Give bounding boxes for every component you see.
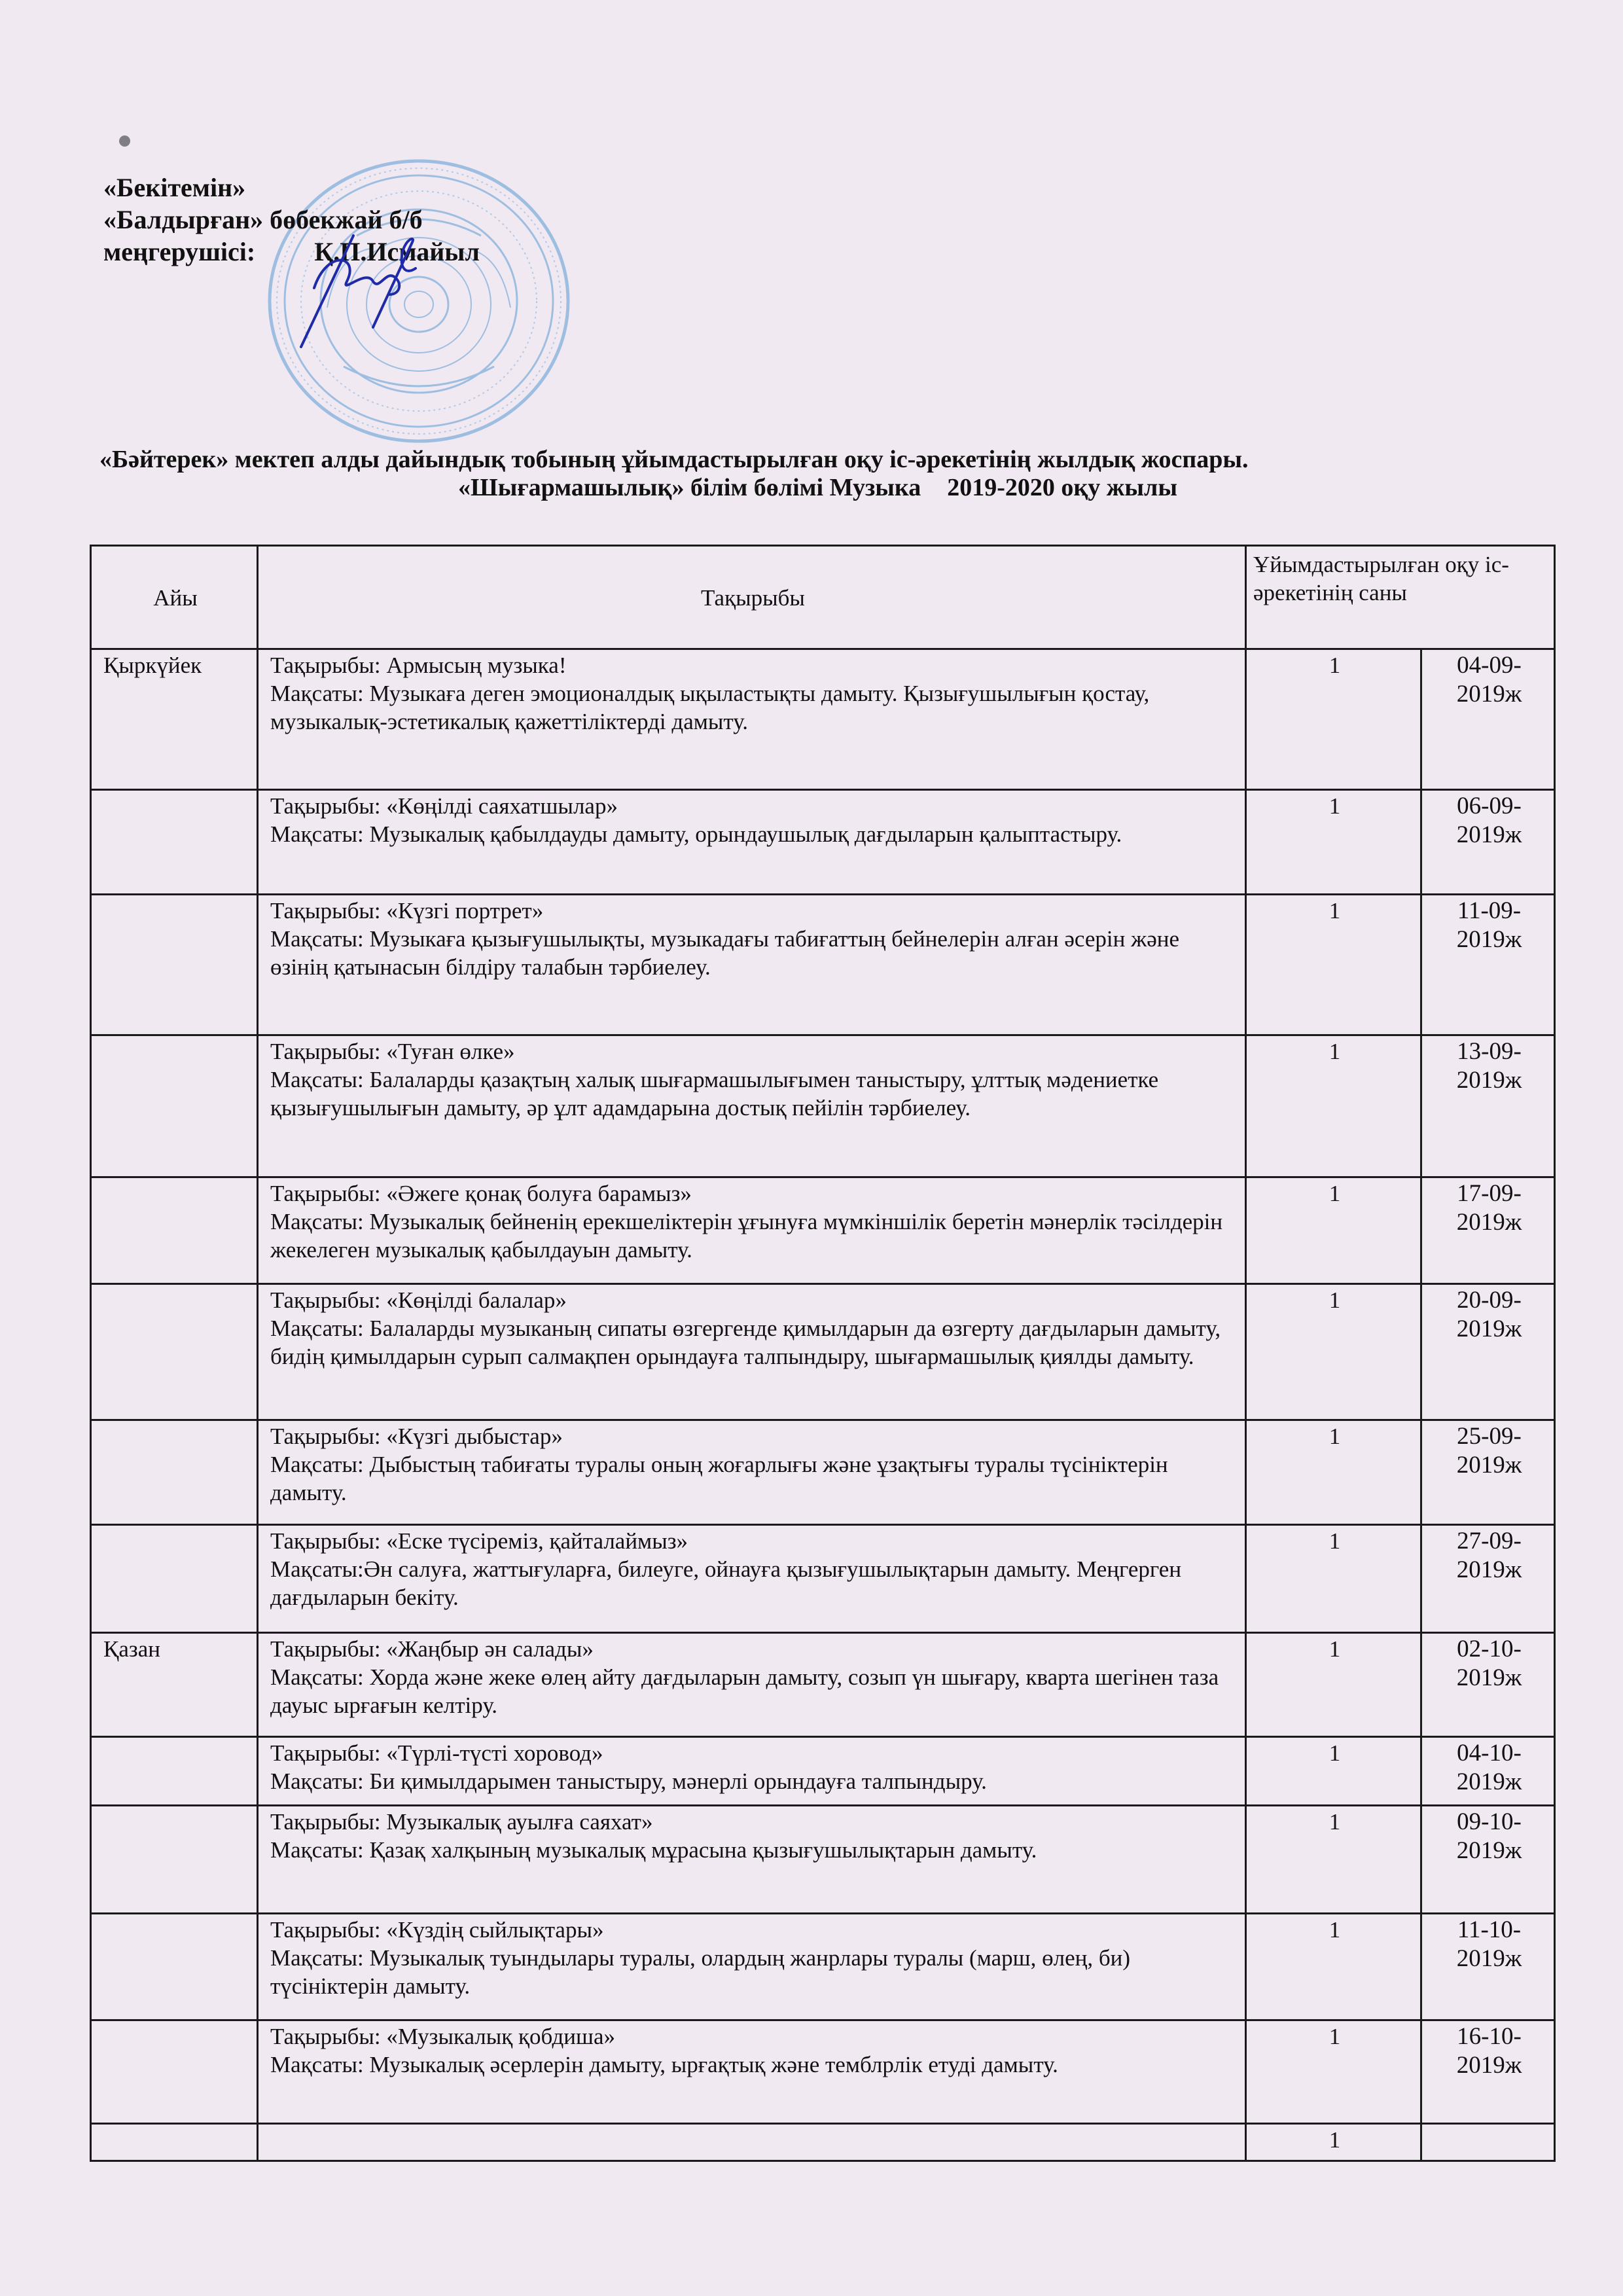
lesson-topic: Тақырыбы: «Еске түсіреміз, қайталаймыз» <box>270 1527 1236 1555</box>
lesson-topic: Тақырыбы: «Күзгі портрет» <box>270 897 1236 925</box>
month-cell <box>91 1420 258 1525</box>
month-cell <box>91 2020 258 2124</box>
table-row: Тақырыбы: Музыкалық ауылға саяхат»Мақсат… <box>91 1806 1555 1914</box>
lesson-goal: Мақсаты: Балаларды қазақтың халық шығарм… <box>270 1066 1236 1122</box>
header-count: Ұйымдастырылған оқу іс-әрекетінің саны <box>1246 546 1555 649</box>
month-cell <box>91 2124 258 2161</box>
month-cell: Қазан <box>91 1633 258 1737</box>
topic-cell: Тақырыбы: «Туған өлке»Мақсаты: Балаларды… <box>258 1035 1246 1177</box>
table-row: ҚыркүйекТақырыбы: Армысың музыка!Мақсаты… <box>91 649 1555 790</box>
date-cell: 13-09-2019ж <box>1421 1035 1555 1177</box>
count-cell: 1 <box>1246 1284 1421 1420</box>
lesson-goal: Мақсаты: Музыкалық бейненің ерекшеліктер… <box>270 1208 1236 1264</box>
topic-cell: Тақырыбы: «Түрлі-түсті хоровод»Мақсаты: … <box>258 1737 1246 1806</box>
topic-cell: Тақырыбы: «Музыкалық қобдиша»Мақсаты: Му… <box>258 2020 1246 2124</box>
count-cell: 1 <box>1246 895 1421 1035</box>
lesson-goal: Мақсаты: Қазақ халқының музыкалық мұрасы… <box>270 1836 1236 1864</box>
topic-cell <box>258 2124 1246 2161</box>
lesson-topic: Тақырыбы: «Туған өлке» <box>270 1037 1236 1066</box>
month-cell <box>91 1177 258 1284</box>
topic-cell: Тақырыбы: Музыкалық ауылға саяхат»Мақсат… <box>258 1806 1246 1914</box>
lesson-goal: Мақсаты: Музыкалық қабылдауды дамыту, ор… <box>270 820 1236 848</box>
approval-role: меңгерушісі: <box>103 237 255 266</box>
lesson-goal: Мақсаты:Ән салуға, жаттығуларға, билеуге… <box>270 1555 1236 1611</box>
month-cell <box>91 1806 258 1914</box>
lesson-goal: Мақсаты: Музыкалық туындылары туралы, ол… <box>270 1944 1236 2000</box>
approval-line-1: «Бекітемін» <box>103 171 480 204</box>
month-cell <box>91 1035 258 1177</box>
table-row: Тақырыбы: «Күзгі портрет»Мақсаты: Музыка… <box>91 895 1555 1035</box>
lesson-topic: Тақырыбы: «Көңілді балалар» <box>270 1286 1236 1314</box>
table-row: ҚазанТақырыбы: «Жаңбыр ән салады»Мақсаты… <box>91 1633 1555 1737</box>
date-cell: 04-10-2019ж <box>1421 1737 1555 1806</box>
lesson-topic: Тақырыбы: «Түрлі-түсті хоровод» <box>270 1739 1236 1767</box>
document-title: «Бәйтерек» мектеп алды дайындық тобының … <box>99 445 1249 474</box>
table-row: Тақырыбы: «Көңілді балалар»Мақсаты: Бала… <box>91 1284 1555 1420</box>
scan-mark-dot <box>119 135 130 147</box>
date-cell: 25-09-2019ж <box>1421 1420 1555 1525</box>
table-row: Тақырыбы: «Музыкалық қобдиша»Мақсаты: Му… <box>91 2020 1555 2124</box>
date-cell: 09-10-2019ж <box>1421 1806 1555 1914</box>
topic-cell: Тақырыбы: «Жаңбыр ән салады»Мақсаты: Хор… <box>258 1633 1246 1737</box>
count-cell: 1 <box>1246 790 1421 895</box>
count-cell: 1 <box>1246 1806 1421 1914</box>
count-cell: 1 <box>1246 2124 1421 2161</box>
subtitle-section: «Шығармашылық» білім бөлімі Музыка <box>458 474 921 501</box>
count-cell: 1 <box>1246 1525 1421 1633</box>
month-cell <box>91 1284 258 1420</box>
date-cell: 20-09-2019ж <box>1421 1284 1555 1420</box>
table-row: Тақырыбы: «Көңілді саяхатшылар»Мақсаты: … <box>91 790 1555 895</box>
subtitle-year: 2019-2020 оқу жылы <box>947 474 1177 501</box>
month-cell <box>91 1914 258 2020</box>
header-topic: Тақырыбы <box>258 546 1246 649</box>
month-cell <box>91 1525 258 1633</box>
topic-cell: Тақырыбы: «Әжеге қонақ болуға барамыз»Ма… <box>258 1177 1246 1284</box>
lesson-goal: Мақсаты: Музыкаға қызығушылықты, музыкад… <box>270 925 1236 981</box>
month-cell <box>91 1737 258 1806</box>
date-cell: 02-10-2019ж <box>1421 1633 1555 1737</box>
month-cell <box>91 895 258 1035</box>
topic-cell: Тақырыбы: «Күзгі портрет»Мақсаты: Музыка… <box>258 895 1246 1035</box>
table-row: 1 <box>91 2124 1555 2161</box>
date-cell: 11-09-2019ж <box>1421 895 1555 1035</box>
table-header-row: Айы Тақырыбы Ұйымдастырылған оқу іс-әрек… <box>91 546 1555 649</box>
lesson-topic: Тақырыбы: «Көңілді саяхатшылар» <box>270 792 1236 820</box>
lesson-goal: Мақсаты: Музыкалық әсерлерін дамыту, ырғ… <box>270 2051 1236 2079</box>
table-row: Тақырыбы: «Еске түсіреміз, қайталаймыз»М… <box>91 1525 1555 1633</box>
lesson-goal: Мақсаты: Дыбыстың табиғаты туралы оның ж… <box>270 1450 1236 1507</box>
lesson-goal: Мақсаты: Би қимылдарымен таныстыру, мәне… <box>270 1767 1236 1795</box>
count-cell: 1 <box>1246 2020 1421 2124</box>
date-cell: 16-10-2019ж <box>1421 2020 1555 2124</box>
count-cell: 1 <box>1246 1737 1421 1806</box>
lesson-goal: Мақсаты: Балаларды музыканың сипаты өзге… <box>270 1314 1236 1371</box>
lesson-topic: Тақырыбы: Армысың музыка! <box>270 651 1236 679</box>
lesson-topic: Тақырыбы: «Әжеге қонақ болуға барамыз» <box>270 1179 1236 1208</box>
lesson-topic: Тақырыбы: «Күздің сыйлықтары» <box>270 1916 1236 1944</box>
count-cell: 1 <box>1246 1914 1421 2020</box>
count-cell: 1 <box>1246 649 1421 790</box>
topic-cell: Тақырыбы: «Көңілді саяхатшылар»Мақсаты: … <box>258 790 1246 895</box>
table-row: Тақырыбы: «Туған өлке»Мақсаты: Балаларды… <box>91 1035 1555 1177</box>
date-cell: 06-09-2019ж <box>1421 790 1555 895</box>
annual-plan-table: Айы Тақырыбы Ұйымдастырылған оқу іс-әрек… <box>90 545 1556 2162</box>
lesson-topic: Тақырыбы: Музыкалық ауылға саяхат» <box>270 1808 1236 1836</box>
lesson-goal: Мақсаты: Хорда және жеке өлең айту дағды… <box>270 1663 1236 1719</box>
lesson-goal: Мақсаты: Музыкаға деген эмоционалдық ықы… <box>270 679 1236 736</box>
topic-cell: Тақырыбы: «Көңілді балалар»Мақсаты: Бала… <box>258 1284 1246 1420</box>
lesson-topic: Тақырыбы: «Күзгі дыбыстар» <box>270 1422 1236 1450</box>
month-cell <box>91 790 258 895</box>
lesson-topic: Тақырыбы: «Жаңбыр ән салады» <box>270 1635 1236 1663</box>
lesson-topic: Тақырыбы: «Музыкалық қобдиша» <box>270 2022 1236 2051</box>
date-cell: 27-09-2019ж <box>1421 1525 1555 1633</box>
count-cell: 1 <box>1246 1633 1421 1737</box>
topic-cell: Тақырыбы: «Күзгі дыбыстар»Мақсаты: Дыбыс… <box>258 1420 1246 1525</box>
topic-cell: Тақырыбы: «Еске түсіреміз, қайталаймыз»М… <box>258 1525 1246 1633</box>
header-month: Айы <box>91 546 258 649</box>
topic-cell: Тақырыбы: «Күздің сыйлықтары»Мақсаты: Му… <box>258 1914 1246 2020</box>
month-cell: Қыркүйек <box>91 649 258 790</box>
document-subtitle: «Шығармашылық» білім бөлімі Музыка2019-2… <box>458 473 1177 502</box>
table-row: Тақырыбы: «Әжеге қонақ болуға барамыз»Ма… <box>91 1177 1555 1284</box>
date-cell: 04-09-2019ж <box>1421 649 1555 790</box>
count-cell: 1 <box>1246 1177 1421 1284</box>
signature-icon <box>275 223 425 353</box>
date-cell: 17-09-2019ж <box>1421 1177 1555 1284</box>
topic-cell: Тақырыбы: Армысың музыка!Мақсаты: Музыка… <box>258 649 1246 790</box>
date-cell: 11-10-2019ж <box>1421 1914 1555 2020</box>
table-row: Тақырыбы: «Күздің сыйлықтары»Мақсаты: Му… <box>91 1914 1555 2020</box>
count-cell: 1 <box>1246 1420 1421 1525</box>
table-row: Тақырыбы: «Күзгі дыбыстар»Мақсаты: Дыбыс… <box>91 1420 1555 1525</box>
date-cell <box>1421 2124 1555 2161</box>
count-cell: 1 <box>1246 1035 1421 1177</box>
table-row: Тақырыбы: «Түрлі-түсті хоровод»Мақсаты: … <box>91 1737 1555 1806</box>
